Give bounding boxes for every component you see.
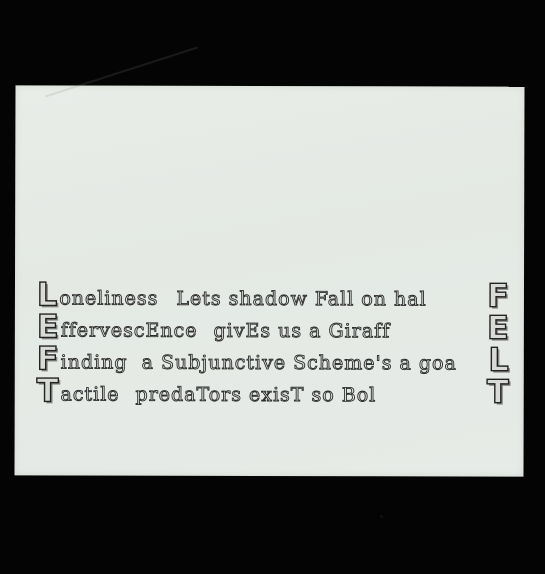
- final-letter: F: [487, 281, 509, 311]
- final-letter: T: [487, 377, 509, 407]
- final-letter: E: [487, 313, 509, 343]
- line-first-word: actile: [59, 383, 120, 405]
- poem-line-3: F inding a Subjunctive Scheme's a goa L: [37, 341, 509, 374]
- line-middle-text: a Subjunctive Scheme's a goa: [128, 352, 457, 375]
- initial-letter: F: [37, 343, 59, 373]
- line-middle-text: predaTors exisT so Bol: [120, 384, 377, 407]
- paper-card: L oneliness Lets shadow Fall on hal F E …: [14, 85, 524, 476]
- poem-line-4: T actile predaTors exisT so Bol T: [37, 373, 509, 406]
- poem-line-1: L oneliness Lets shadow Fall on hal F: [37, 277, 509, 310]
- final-letter: L: [488, 345, 508, 375]
- initial-letter: T: [37, 375, 59, 405]
- acrostic-poem: L oneliness Lets shadow Fall on hal F E …: [37, 277, 509, 406]
- photo-scene: L oneliness Lets shadow Fall on hal F E …: [0, 0, 545, 574]
- initial-letter: L: [37, 279, 57, 309]
- line-first-word: inding: [59, 351, 128, 373]
- poem-line-2: E ffervescEnce givEs us a Giraff E: [37, 309, 509, 342]
- line-first-word: oneliness: [57, 287, 158, 309]
- line-middle-text: Lets shadow Fall on hal: [158, 288, 426, 311]
- line-middle-text: givEs us a Giraff: [197, 320, 390, 343]
- line-first-word: ffervescEnce: [59, 319, 198, 341]
- initial-letter: E: [37, 311, 59, 341]
